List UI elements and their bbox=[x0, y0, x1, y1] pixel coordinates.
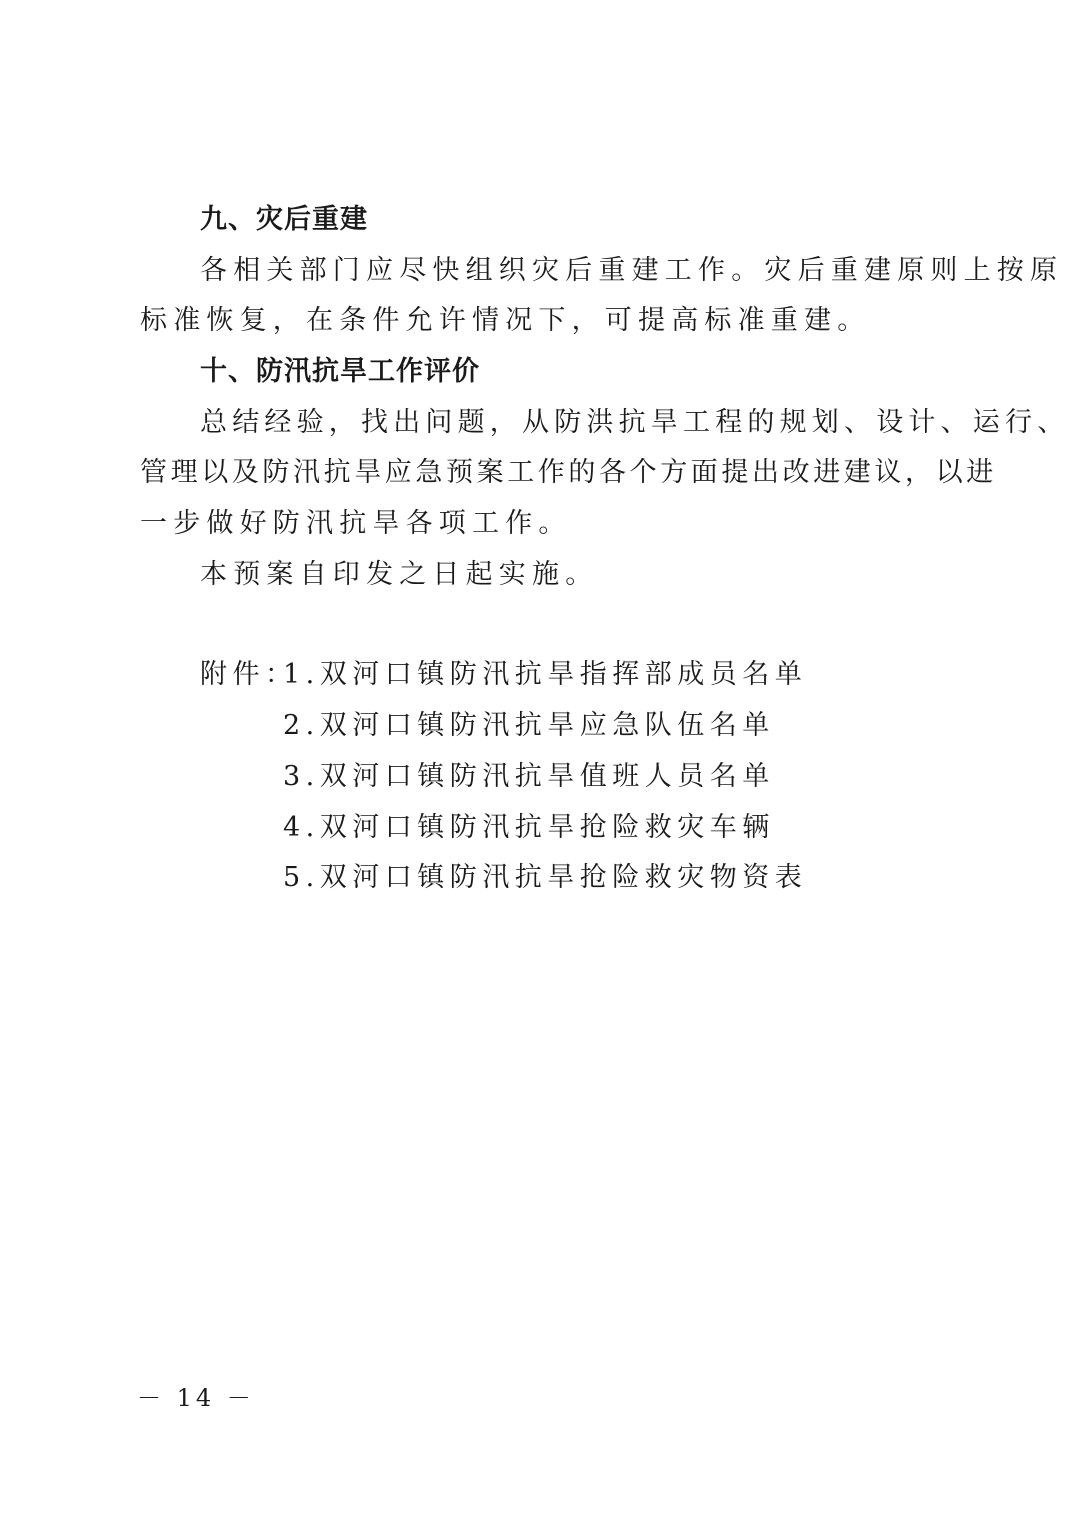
section-heading-9: 九、灾后重建 bbox=[200, 200, 368, 240]
paragraph-line: 管理以及防汛抗旱应急预案工作的各个方面提出改进建议，以进 bbox=[140, 453, 997, 493]
paragraph-line: 总结经验，找出问题，从防洪抗旱工程的规划、设计、运行、 bbox=[200, 403, 1069, 443]
attachment-item: 3.双河口镇防汛抗旱值班人员名单 bbox=[283, 757, 775, 797]
attachment-item: 2.双河口镇防汛抗旱应急队伍名单 bbox=[283, 706, 775, 746]
attachment-item: 5.双河口镇防汛抗旱抢险救灾物资表 bbox=[283, 858, 807, 898]
section-heading-10: 十、防汛抗旱工作评价 bbox=[200, 352, 480, 392]
paragraph-line: 本预案自印发之日起实施。 bbox=[200, 555, 598, 595]
paragraph-line: 标准恢复，在条件允许情况下，可提高标准重建。 bbox=[140, 301, 870, 341]
paragraph-line: 一步做好防汛抗旱各项工作。 bbox=[140, 504, 572, 544]
paragraph-line: 各相关部门应尽快组织灾后重建工作。灾后重建原则上按原 bbox=[200, 251, 1063, 291]
page-number: － 14 － bbox=[137, 1378, 255, 1413]
attachment-item: 4.双河口镇防汛抗旱抢险救灾车辆 bbox=[283, 808, 775, 848]
attachment-item: 1.双河口镇防汛抗旱指挥部成员名单 bbox=[283, 655, 807, 695]
